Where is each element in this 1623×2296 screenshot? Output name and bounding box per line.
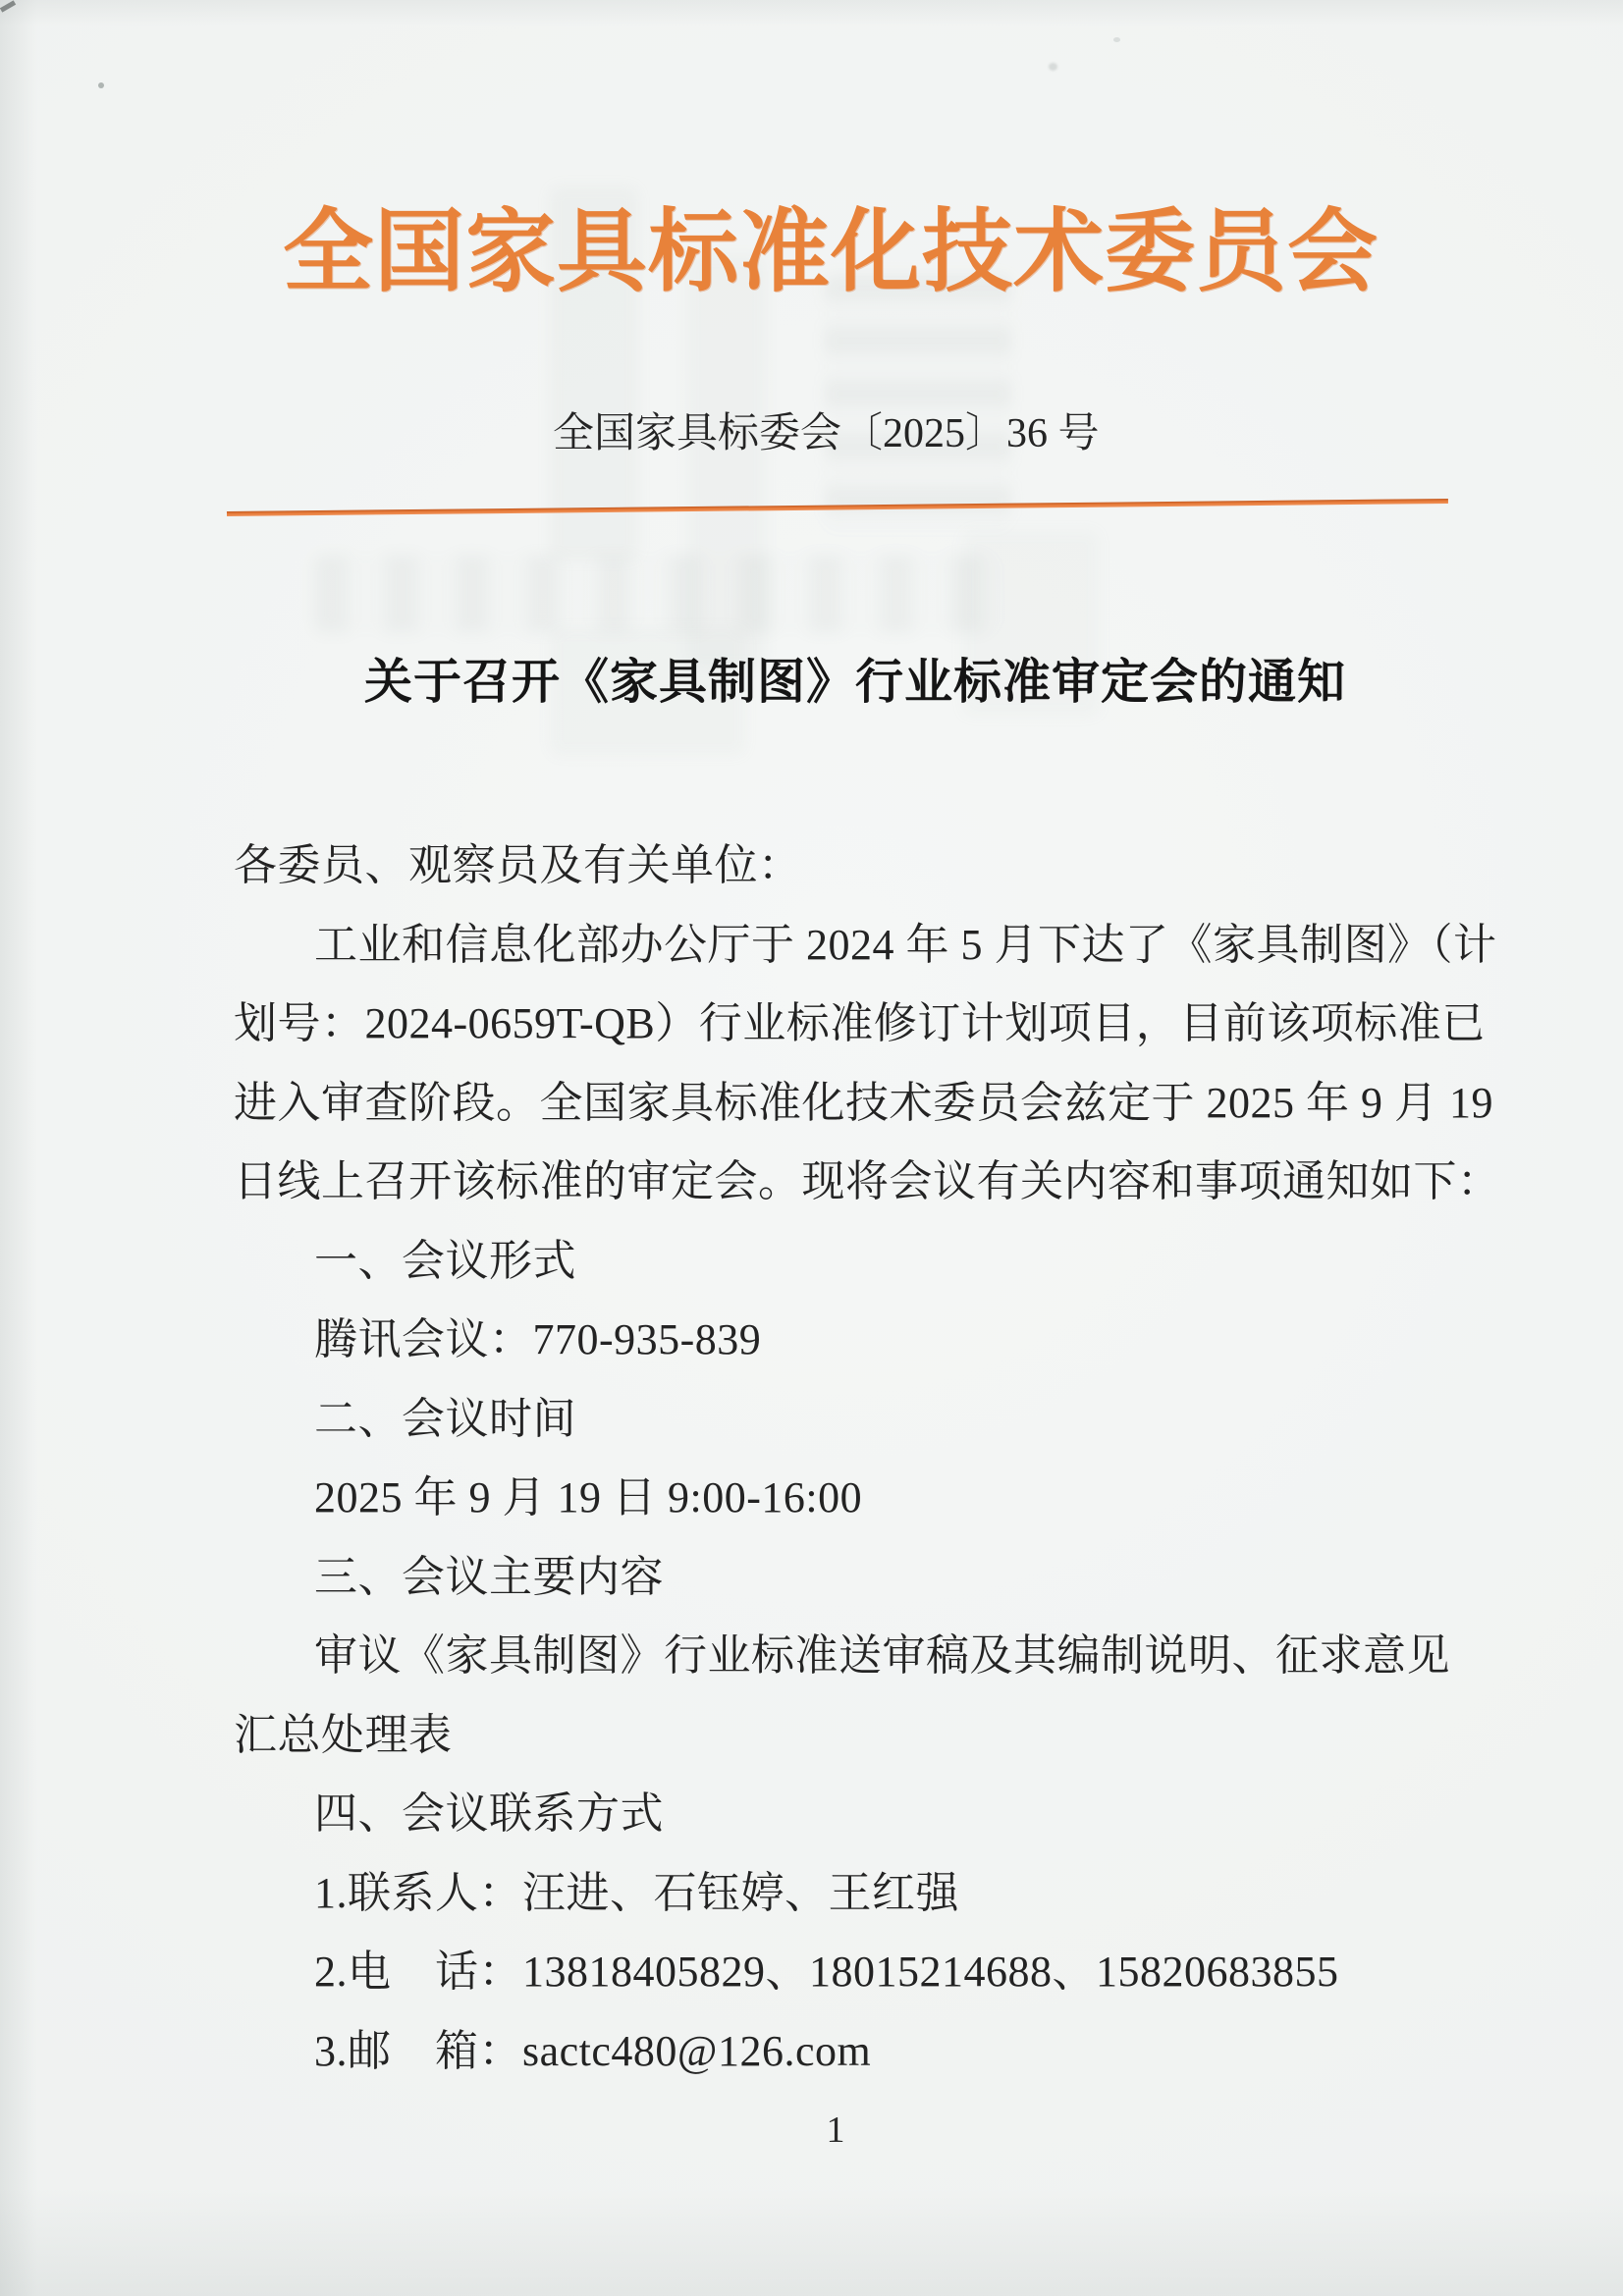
bleedthrough-ghost (825, 275, 1011, 530)
body-line-contacts: 1.联系人：汪进、石钰婷、王红强 (234, 1854, 1461, 1934)
page-number: 1 (811, 2109, 860, 2152)
body-line: 划号：2024-0659T-QB）行业标准修订计划项目，目前该项标准已 (234, 985, 1461, 1064)
body-line-meeting-time: 2025 年 9 月 19 日 9:00-16:00 (234, 1459, 1461, 1538)
dust-speck (1113, 37, 1120, 42)
body-line-section-2: 二、会议时间 (234, 1380, 1461, 1460)
org-title: 全国家具标准化技术委员会 (283, 194, 1377, 310)
bleedthrough-ghost (314, 555, 1001, 633)
body-line-meeting-id: 腾讯会议：770-935-839 (234, 1301, 1461, 1380)
doc-number: 全国家具标委会〔2025〕36 号 (553, 404, 1083, 463)
dust-speck (1049, 63, 1057, 71)
body-line-salutation: 各委员、观察员及有关单位： (234, 827, 1461, 906)
body-line: 日线上召开该标准的审定会。现将会议有关内容和事项通知如下： (234, 1143, 1461, 1222)
body-line: 工业和信息化部办公厅于 2024 年 5 月下达了《家具制图》（计 (234, 906, 1461, 986)
body-line: 汇总处理表 (234, 1696, 1461, 1776)
body-line: 审议《家具制图》行业标准送审稿及其编制说明、征求意见 (234, 1617, 1461, 1696)
body-line-section-3: 三、会议主要内容 (234, 1538, 1461, 1618)
body-line-email: 3.邮 箱：sactc480@126.com (234, 2012, 1461, 2092)
paper-shadow-top (0, 0, 1623, 26)
notice-title: 关于召开《家具制图》行业标准审定会的通知 (364, 652, 1323, 713)
body-line-phones: 2.电 话：13818405829、18015214688、1582068385… (234, 1933, 1461, 2012)
paper-shadow-bottom (0, 2188, 1623, 2296)
dust-speck (98, 82, 104, 88)
body-line-section-4: 四、会议联系方式 (234, 1775, 1461, 1854)
paper-shadow-left (0, 0, 37, 2296)
notice-body: 各委员、观察员及有关单位： 工业和信息化部办公厅于 2024 年 5 月下达了《… (234, 827, 1461, 2091)
body-line-section-1: 一、会议形式 (234, 1222, 1461, 1302)
document-page: 全国家具标准化技术委员会 全国家具标委会〔2025〕36 号 关于召开《家具制图… (0, 0, 1623, 2296)
body-line: 进入审查阶段。全国家具标准化技术委员会兹定于 2025 年 9 月 19 (234, 1064, 1461, 1144)
